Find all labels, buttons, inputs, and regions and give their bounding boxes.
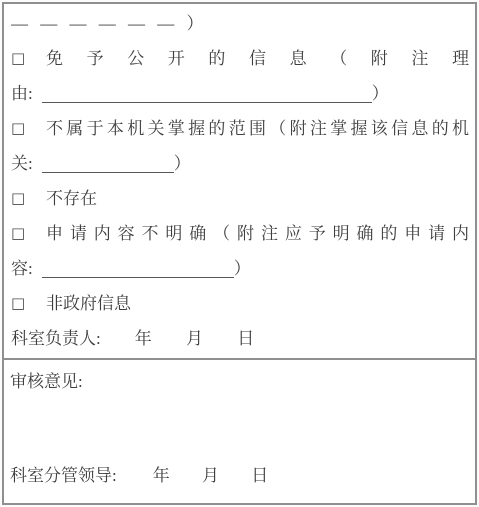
option-row-exempt: □ 免 予 公 开 的 信 息 （ 附 注 理 <box>11 41 469 76</box>
option-label: 不属于本机关掌握的范围（附注掌握该信息的机 <box>46 111 469 146</box>
department-signature-line: 科室负责人: 年 月 日 <box>11 321 469 356</box>
checkbox-icon[interactable]: □ <box>11 286 28 321</box>
close-paren: ） <box>234 251 251 286</box>
fill-in-label: 由: <box>11 76 33 111</box>
fill-in-line-agency: 关: ） <box>11 146 469 181</box>
leader-signature-line: 科室分管领导: 年 月 日 <box>10 458 469 493</box>
document-page: — — — — — — ） □ 免 予 公 开 的 信 息 （ 附 注 理 由:… <box>2 2 477 505</box>
checkbox-icon[interactable]: □ <box>11 216 28 251</box>
close-paren: ） <box>174 146 191 181</box>
checkbox-icon[interactable]: □ <box>11 111 28 146</box>
option-label: 申 请 内 容 不 明 确 （ 附 注 应 予 明 确 的 申 请 内 <box>46 216 469 251</box>
fill-in-line-reason: 由: ） <box>11 76 469 111</box>
option-row-unclear: □ 申 请 内 容 不 明 确 （ 附 注 应 予 明 确 的 申 请 内 <box>11 216 469 251</box>
option-row-not-held: □ 不属于本机关掌握的范围（附注掌握该信息的机 <box>11 111 469 146</box>
review-section: 审核意见: 科室分管领导: 年 月 日 <box>4 358 475 501</box>
option-label: 免 予 公 开 的 信 息 （ 附 注 理 <box>46 41 469 76</box>
signature-label: 科室负责人: <box>11 321 101 356</box>
option-row-not-exist: □ 不存在 <box>11 181 469 216</box>
checkbox-icon[interactable]: □ <box>11 41 28 76</box>
fill-in-line-content: 容: ） <box>11 251 469 286</box>
date-placeholder: 年 月 日 <box>135 321 255 356</box>
option-label: 非政府信息 <box>46 286 131 321</box>
fill-in-label: 关: <box>11 146 33 181</box>
signature-label: 科室分管领导: <box>10 458 117 493</box>
close-paren: ） <box>372 76 389 111</box>
checkbox-icon[interactable]: □ <box>11 181 28 216</box>
option-label: 不存在 <box>46 181 97 216</box>
blank-underline[interactable] <box>42 84 372 103</box>
continuation-dashes: — — — — — — ） <box>11 6 205 41</box>
option-row-non-gov: □ 非政府信息 <box>11 286 469 321</box>
continuation-line: — — — — — — ） <box>11 6 469 41</box>
date-placeholder: 年 月 日 <box>153 458 269 493</box>
processing-result-section: — — — — — — ） □ 免 予 公 开 的 信 息 （ 附 注 理 由:… <box>4 4 475 358</box>
review-title-line: 审核意见: <box>10 364 469 399</box>
fill-in-label: 容: <box>11 251 33 286</box>
review-title: 审核意见: <box>10 364 83 399</box>
blank-underline[interactable] <box>42 259 234 278</box>
blank-underline[interactable] <box>42 154 174 173</box>
